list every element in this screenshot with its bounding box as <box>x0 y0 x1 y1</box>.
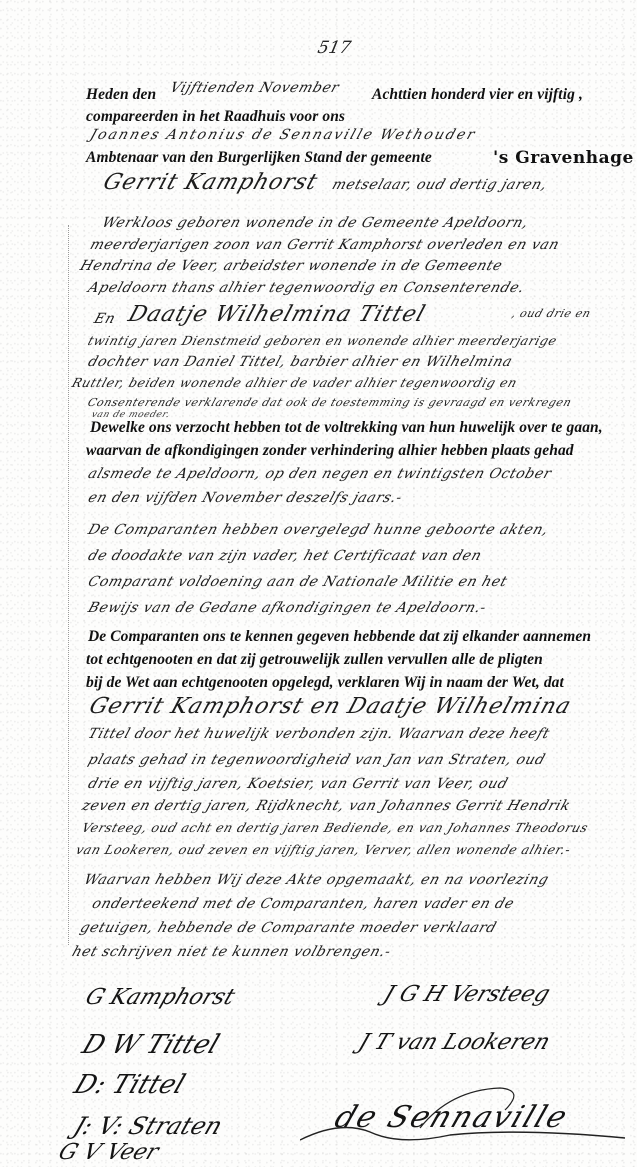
bride-line-3: dochter van Daniel Tittel, barbier alhie… <box>86 354 515 370</box>
margin-rule <box>68 225 69 945</box>
bride-line-4: Ruttler, beiden wonende alhier de vader … <box>70 375 519 390</box>
signature-witness-veer: G V Veer <box>55 1140 162 1165</box>
hand-date: Vijftienden November <box>168 80 341 96</box>
printed-dewelke: Dewelke ons verzocht hebben tot de voltr… <box>90 419 603 437</box>
groom-line-1: metselaar, oud dertig jaren, <box>330 177 549 193</box>
hand-schrijven: het schrijven niet te kunnen volbrengen.… <box>70 944 393 960</box>
bride-name: Daatje Wilhelmina Tittel <box>125 302 429 327</box>
bride-line-5: Consenterende verklarende dat ook de toe… <box>86 396 573 409</box>
hand-comparanten-overgelegd: De Comparanten hebben overgelegd hunne g… <box>86 522 551 538</box>
municipality-name: 's Gravenhage : <box>493 148 637 168</box>
hand-couple-names: Gerrit Kamphorst en Daatje Wilhelmina <box>86 694 575 719</box>
hand-doodakte: de doodakte van zijn vader, het Certific… <box>86 548 484 564</box>
hand-witness-2: drie en vijftig jaren, Koetsier, van Ger… <box>86 776 510 792</box>
groom-line-5: Apeldoorn thans alhier tegenwoordig en C… <box>86 280 527 296</box>
hand-witness-4: Versteeg, oud acht en dertig jaren Bedie… <box>80 820 590 835</box>
groom-line-2: Werkloos geboren wonende in de Gemeente … <box>100 215 531 231</box>
printed-heden-den: Heden den <box>86 86 156 104</box>
hand-official-name: Joannes Antonius de Sennaville Wethouder <box>88 127 478 143</box>
groom-line-3: meerderjarigen zoon van Gerrit Kamphorst… <box>88 237 562 253</box>
hand-witness-5: van Lookeren, oud zeven en vijftig jaren… <box>74 842 573 857</box>
signature-witness-straten: J: V: Straten <box>70 1112 226 1140</box>
hand-militie: Comparant voldoening aan de Nationale Mi… <box>86 574 510 590</box>
printed-waarvan: waarvan de afkondigingen zonder verhinde… <box>86 442 574 460</box>
printed-ambtenaar: Ambtenaar van den Burgerlijken Stand der… <box>86 149 432 167</box>
printed-year: Achttien honderd vier en vijftig , <box>372 86 583 104</box>
bride-line-2: twintig jaren Dienstmeid geboren en wone… <box>86 333 559 348</box>
hand-bewijs: Bewijs van de Gedane afkondigingen te Ap… <box>86 600 489 616</box>
hand-alsmede: alsmede te Apeldoorn, op den negen en tw… <box>86 466 554 482</box>
groom-line-4: Hendrina de Veer, arbeidster wonende in … <box>78 258 505 274</box>
printed-echtgenooten: tot echtgenooten en dat zij getrouwelijk… <box>86 651 543 669</box>
bride-line-1: , oud drie en <box>510 307 593 320</box>
signature-bride: D W Tittel <box>78 1030 223 1060</box>
hand-akte-opgemaakt: Waarvan hebben Wij deze Akte opgemaakt, … <box>82 872 551 888</box>
printed-compareerden: compareerden in het Raadhuis voor ons <box>86 108 345 126</box>
hand-vijfden-november: en den vijfden November deszelfs jaars.- <box>86 490 404 506</box>
hand-witness-1: plaats gehad in tegenwoordigheid van Jan… <box>86 752 547 768</box>
signature-witness-versteeg: J G H Versteeg <box>380 982 553 1007</box>
signature-father: D: Tittel <box>70 1070 189 1100</box>
hand-getuigen: getuigen, hebbende de Comparante moeder … <box>78 920 499 936</box>
signature-flourish-icon <box>300 1080 630 1150</box>
bride-prefix: En <box>92 311 118 327</box>
signature-groom: G Kamphorst <box>82 985 238 1010</box>
printed-wet: bij de Wet aan echtgenooten opgelegd, ve… <box>86 674 564 692</box>
printed-comparanten-kennen: De Comparanten ons te kennen gegeven heb… <box>88 628 591 646</box>
hand-onderteekend: onderteekend met de Comparanten, haren v… <box>90 896 516 912</box>
page-number: 517 <box>316 38 353 58</box>
signature-witness-lookeren: J T van Lookeren <box>355 1030 553 1055</box>
hand-witness-3: zeven en dertig jaren, Rijdknecht, van J… <box>80 798 573 814</box>
hand-tittel-verbonden: Tittel door het huwelijk verbonden zijn.… <box>86 726 552 742</box>
groom-name: Gerrit Kamphorst <box>100 170 321 195</box>
